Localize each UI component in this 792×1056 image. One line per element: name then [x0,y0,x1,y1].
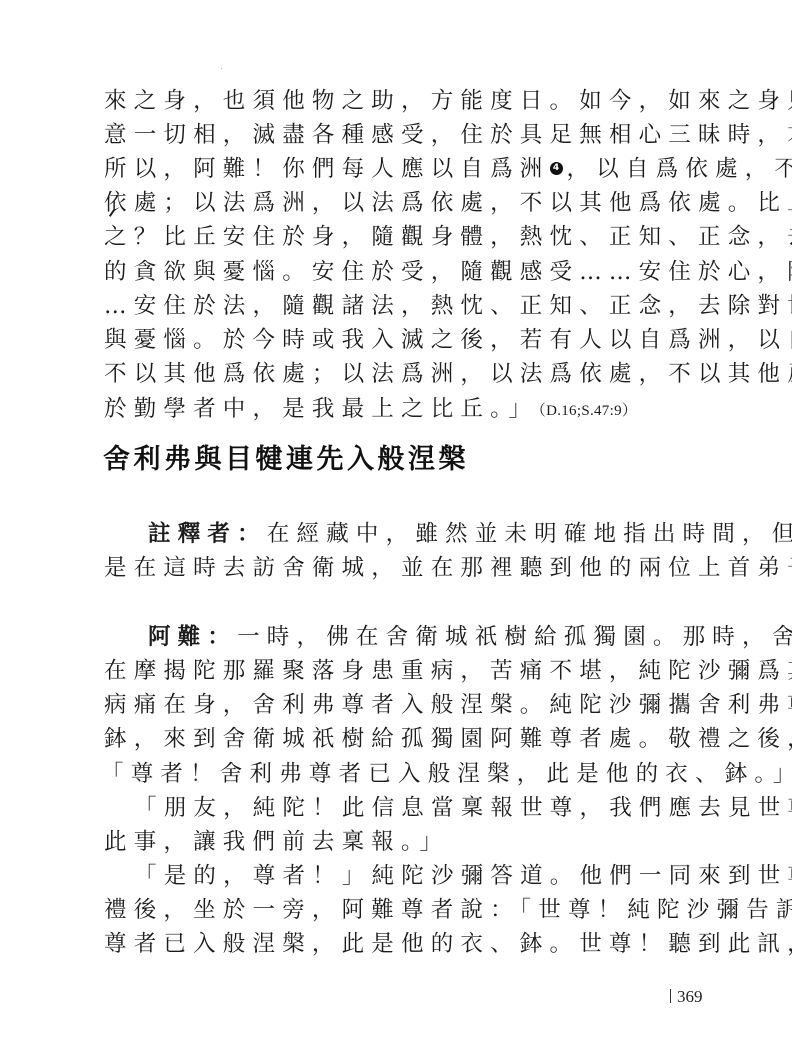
text-line: 阿難：一時，佛在舍衛城祇樹給孤獨園。那時，舍利弗尊者 [148,622,748,652]
footnote-marker-icon: 4 [550,162,563,175]
text-line: 尊者已入般涅槃，此是他的衣、鉢。世尊！聽到此訊，我感到渾 [104,929,704,959]
page-number: 369 [670,987,703,1007]
text-line: 來之身，也須他物之助，方能度日。如今，如來之身只有在不作 [104,86,704,116]
citation: （D.16;S.47:9） [538,403,637,419]
text-line: 病痛在身，舍利弗尊者入般涅槃。純陀沙彌攜舍利弗尊者的衣與 [104,690,704,720]
text-segment: ，以自爲依處，不以其他爲 [567,156,792,182]
text-line: 「尊者！舍利弗尊者已入般涅槃，此是他的衣、鉢。」 [101,759,701,789]
text-line: 於勤學者中，是我最上之比丘。」（D.16;S.47:9） [104,394,704,424]
scan-speck [221,68,222,69]
text-segment: 在經藏中，雖然並未明確地指出時間，但好像世尊 [267,521,792,547]
text-line: 此事，讓我們前去稟報。」 [104,827,704,857]
text-line: 與憂惱。於今時或我入滅之後，若有人以自爲洲，以自爲依處， [104,325,704,355]
text-line: 「朋友，純陀！此信息當稟報世尊，我們應去見世尊並稟報 [134,793,734,823]
speaker-label: 註釋者： [148,521,267,547]
text-line: 「是的，尊者！」純陀沙彌答道。他們一同來到世尊處，敬 [134,861,734,891]
text-line: 所以，阿難！你們每人應以自爲洲4，以自爲依處，不以其他爲 [104,154,704,184]
text-segment: 所以，阿難！你們每人應以自爲洲 [104,156,550,182]
text-line: 在摩揭陀那羅聚落身患重病，苦痛不堪，純陀沙彌爲其侍者。因 [104,656,704,686]
text-line: 之？比丘安住於身，隨觀身體，熱忱、正知、正念，去除對世間 [104,222,704,252]
text-line: 禮後，坐於一旁，阿難尊者說：「世尊！純陀沙彌告訴我舍利弗 [104,895,704,925]
text-segment: 於勤學者中，是我最上之比丘。」 [104,396,538,422]
book-page: 來之身，也須他物之助，方能度日。如今，如來之身只有在不作 意一切相，滅盡各種感受… [0,0,792,1056]
text-line: …安住於法，隨觀諸法，熱忱、正知、正念，去除對世間的貪欲 [104,291,704,321]
page-number-value: 369 [677,987,703,1006]
text-line: 鉢，來到舍衛城祇樹給孤獨園阿難尊者處。敬禮之後，說道： [104,724,704,754]
text-line: 意一切相，滅盡各種感受，住於具足無相心三昧時，才得安穩。 [104,120,704,150]
text-line: 的貪欲與憂惱。安住於受，隨觀感受……安住於心，隨觀心識… [104,257,704,287]
speaker-label: 阿難： [148,624,237,650]
text-line: 不以其他爲依處；以法爲洲，以法爲依處，不以其他爲依處，則 [104,359,704,389]
section-heading: 舍利弗與目犍連先入般涅槃 [103,442,469,478]
text-line: 註釋者：在經藏中，雖然並未明確地指出時間，但好像世尊 [148,519,748,549]
page-number-divider [670,989,671,1003]
text-segment: 一時，佛在舍衛城祇樹給孤獨園。那時，舍利弗尊者 [237,624,792,650]
text-line: 依處；以法爲洲，以法爲依處，不以其他爲依處。比丘當如何行 [104,188,704,218]
text-line: 是在這時去訪舍衛城，並在那裡聽到他的兩位上首弟子的死訊。 [104,553,704,583]
